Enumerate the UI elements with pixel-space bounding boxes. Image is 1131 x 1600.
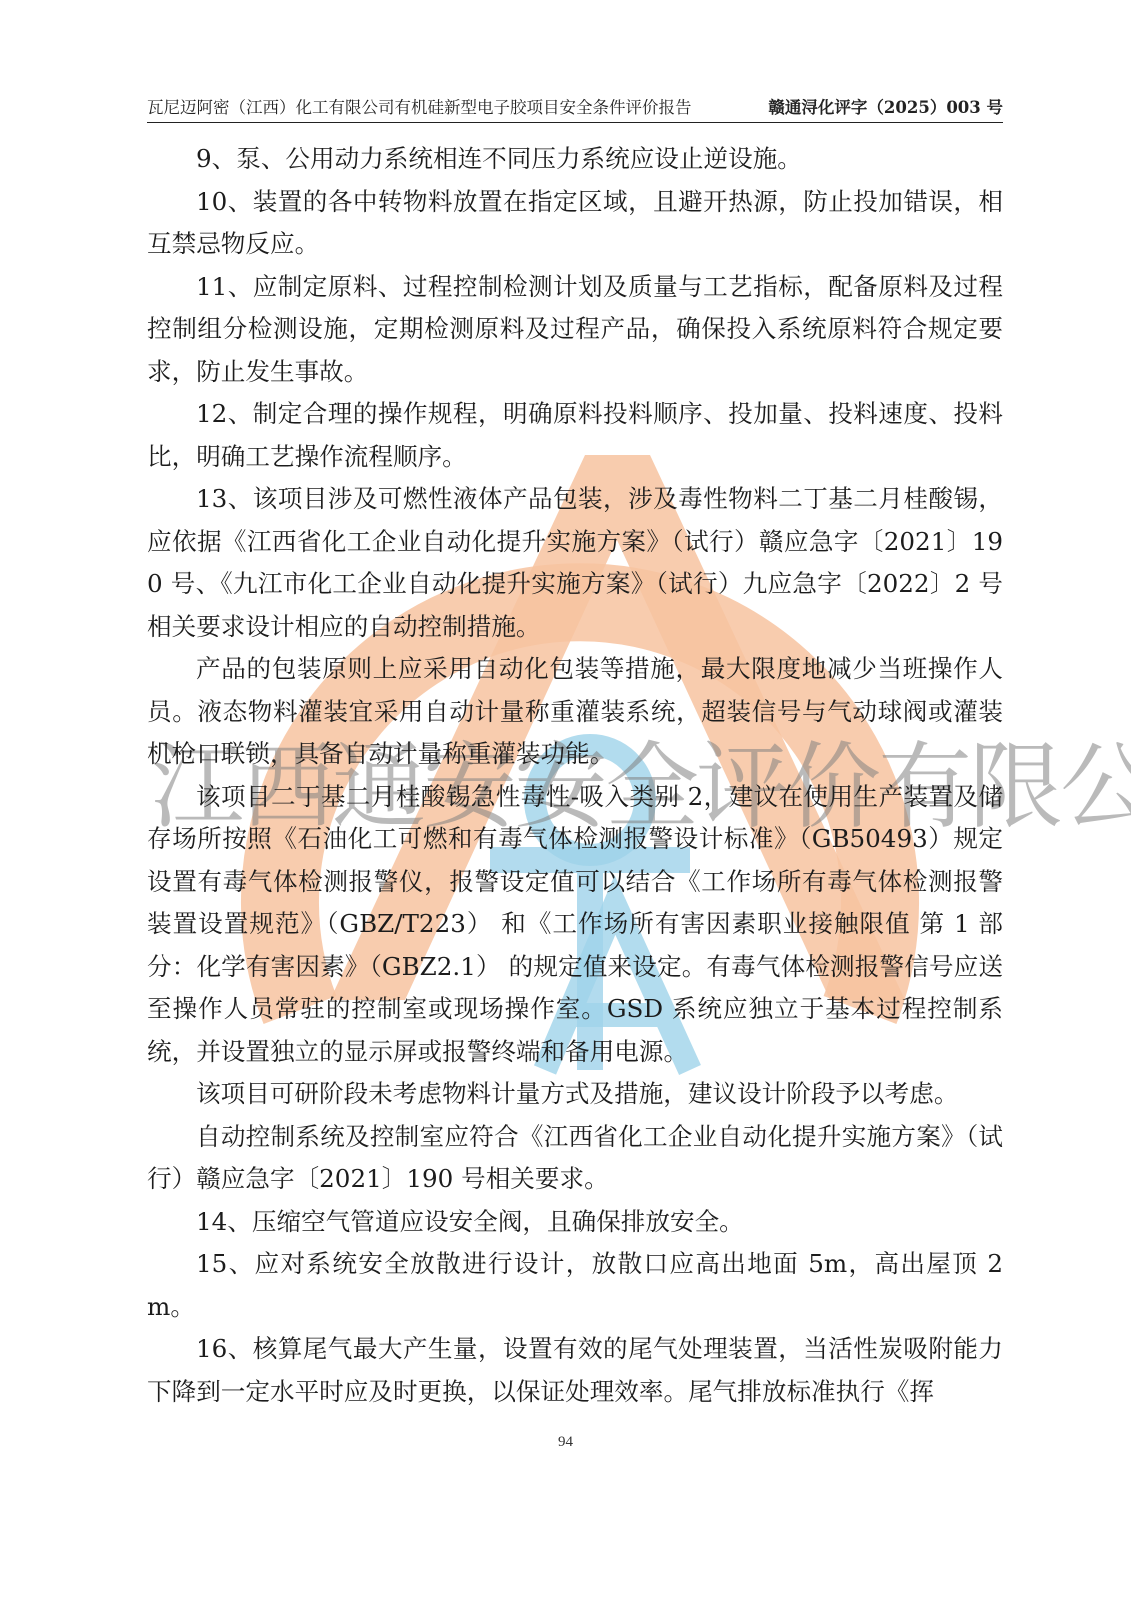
paragraph-item-15: 15、应对系统安全放散进行设计，放散口应高出地面 5m，高出屋顶 2m。	[147, 1243, 1003, 1328]
paragraph-item-13: 13、该项目涉及可燃性液体产品包装，涉及毒性物料二丁基二月桂酸锡，应依据《江西省…	[147, 478, 1003, 648]
paragraph-control-room: 自动控制系统及控制室应符合《江西省化工企业自动化提升实施方案》（试行）赣应急字〔…	[147, 1116, 1003, 1201]
running-header: 瓦尼迈阿密（江西）化工有限公司有机硅新型电子胶项目安全条件评价报告 赣通浔化评字…	[147, 96, 1003, 123]
header-report-number: 赣通浔化评字（2025）003 号	[768, 96, 1003, 122]
paragraph-toxic-gas-detection: 该项目二丁基二月桂酸锡急性毒性-吸入类别 2，建议在使用生产装置及储存场所按照《…	[147, 776, 1003, 1074]
paragraph-item-16: 16、核算尾气最大产生量，设置有效的尾气处理装置，当活性炭吸附能力下降到一定水平…	[147, 1328, 1003, 1413]
paragraph-item-14: 14、压缩空气管道应设安全阀，且确保排放安全。	[147, 1201, 1003, 1244]
paragraph-metering: 该项目可研阶段未考虑物料计量方式及措施，建议设计阶段予以考虑。	[147, 1073, 1003, 1116]
paragraph-item-9: 9、泵、公用动力系统相连不同压力系统应设止逆设施。	[147, 138, 1003, 181]
paragraph-item-12: 12、制定合理的操作规程，明确原料投料顺序、投加量、投料速度、投料比，明确工艺操…	[147, 393, 1003, 478]
document-page: 江西通安安全评价有限公司 瓦尼迈阿密（江西）化工有限公司有机硅新型电子胶项目安全…	[0, 0, 1131, 1600]
document-body: 9、泵、公用动力系统相连不同压力系统应设止逆设施。 10、装置的各中转物料放置在…	[147, 138, 1003, 1413]
header-report-title: 瓦尼迈阿密（江西）化工有限公司有机硅新型电子胶项目安全条件评价报告	[147, 96, 692, 122]
paragraph-item-11: 11、应制定原料、过程控制检测计划及质量与工艺指标，配备原料及过程控制组分检测设…	[147, 266, 1003, 394]
page-number: 94	[0, 1434, 1131, 1451]
paragraph-packaging: 产品的包装原则上应采用自动化包装等措施，最大限度地减少当班操作人员。液态物料灌装…	[147, 648, 1003, 776]
paragraph-item-10: 10、装置的各中转物料放置在指定区域，且避开热源，防止投加错误，相互禁忌物反应。	[147, 181, 1003, 266]
